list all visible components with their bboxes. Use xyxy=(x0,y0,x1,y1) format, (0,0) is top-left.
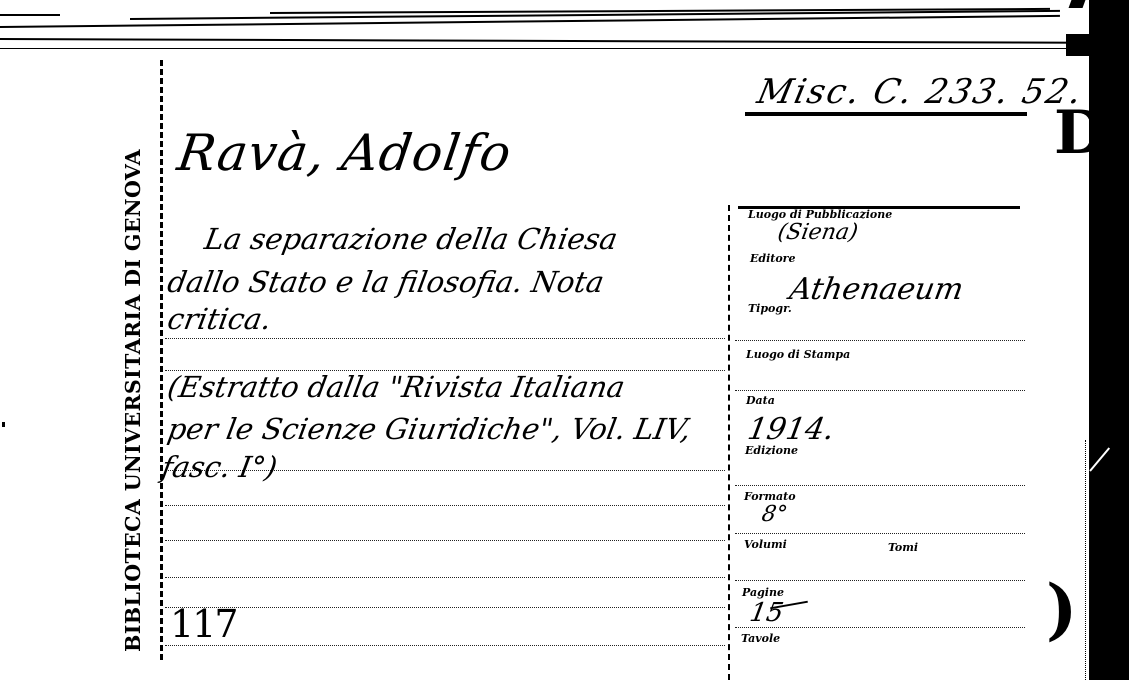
ruled-line xyxy=(165,540,725,541)
ruled-line xyxy=(165,577,725,578)
value-pagine: 15 xyxy=(747,598,785,628)
scan-edge-mark xyxy=(1069,0,1086,8)
stray-mark xyxy=(2,422,5,427)
ruled-line xyxy=(165,645,725,646)
ruled-line xyxy=(735,390,1025,391)
label-tipografo: Tipogr. xyxy=(748,302,792,315)
ruled-line xyxy=(735,485,1025,486)
ruled-line xyxy=(165,505,725,506)
shelfmark: Misc. C. 233. 52. xyxy=(754,72,1087,112)
label-volumi: Volumi xyxy=(744,538,787,551)
shelfmark-underline xyxy=(745,112,1027,116)
label-editore: Editore xyxy=(750,252,795,265)
value-data: 1914. xyxy=(745,412,837,447)
extract-line: per le Scienze Giuridiche", Vol. LIV, xyxy=(165,412,694,446)
extract-line: (Estratto dalla "Rivista Italiana xyxy=(165,370,627,404)
right-margin-rule xyxy=(1085,440,1086,680)
value-luogo-pubblicazione: (Siena) xyxy=(776,220,860,245)
institution-stamp: BIBLIOTECA UNIVERSITARIA DI GENOVA xyxy=(118,62,148,652)
label-luogo-stampa: Luogo di Stampa xyxy=(746,348,850,361)
ruled-line xyxy=(735,533,1025,534)
value-editore: Athenaeum xyxy=(787,272,966,307)
ruled-line xyxy=(165,338,725,339)
title-line: critica. xyxy=(165,302,274,336)
extract-line: fasc. I°) xyxy=(159,450,280,484)
left-margin-rule xyxy=(160,60,163,660)
title-line: La separazione della Chiesa xyxy=(202,222,620,256)
value-formato: 8° xyxy=(760,502,789,527)
ruled-line xyxy=(165,607,725,608)
ruled-line xyxy=(735,340,1025,341)
label-tomi: Tomi xyxy=(888,541,918,554)
panel-divider-rule xyxy=(728,205,730,680)
author-heading: Ravà, Adolfo xyxy=(174,124,515,182)
margin-mark-top: D xyxy=(1054,98,1106,168)
scan-edge-line xyxy=(0,14,60,16)
label-edizione: Edizione xyxy=(745,444,798,457)
label-tavole: Tavole xyxy=(741,632,780,645)
scan-border-notch xyxy=(1066,34,1090,56)
title-line: dallo Stato e la filosofia. Nota xyxy=(165,265,607,299)
label-data: Data xyxy=(746,394,775,407)
scan-edge-line xyxy=(0,38,1085,44)
inventory-number: 117 xyxy=(170,602,237,646)
ruled-line xyxy=(735,580,1025,581)
margin-mark-bottom: ) xyxy=(1046,570,1077,648)
scan-edge-line xyxy=(0,48,1090,49)
